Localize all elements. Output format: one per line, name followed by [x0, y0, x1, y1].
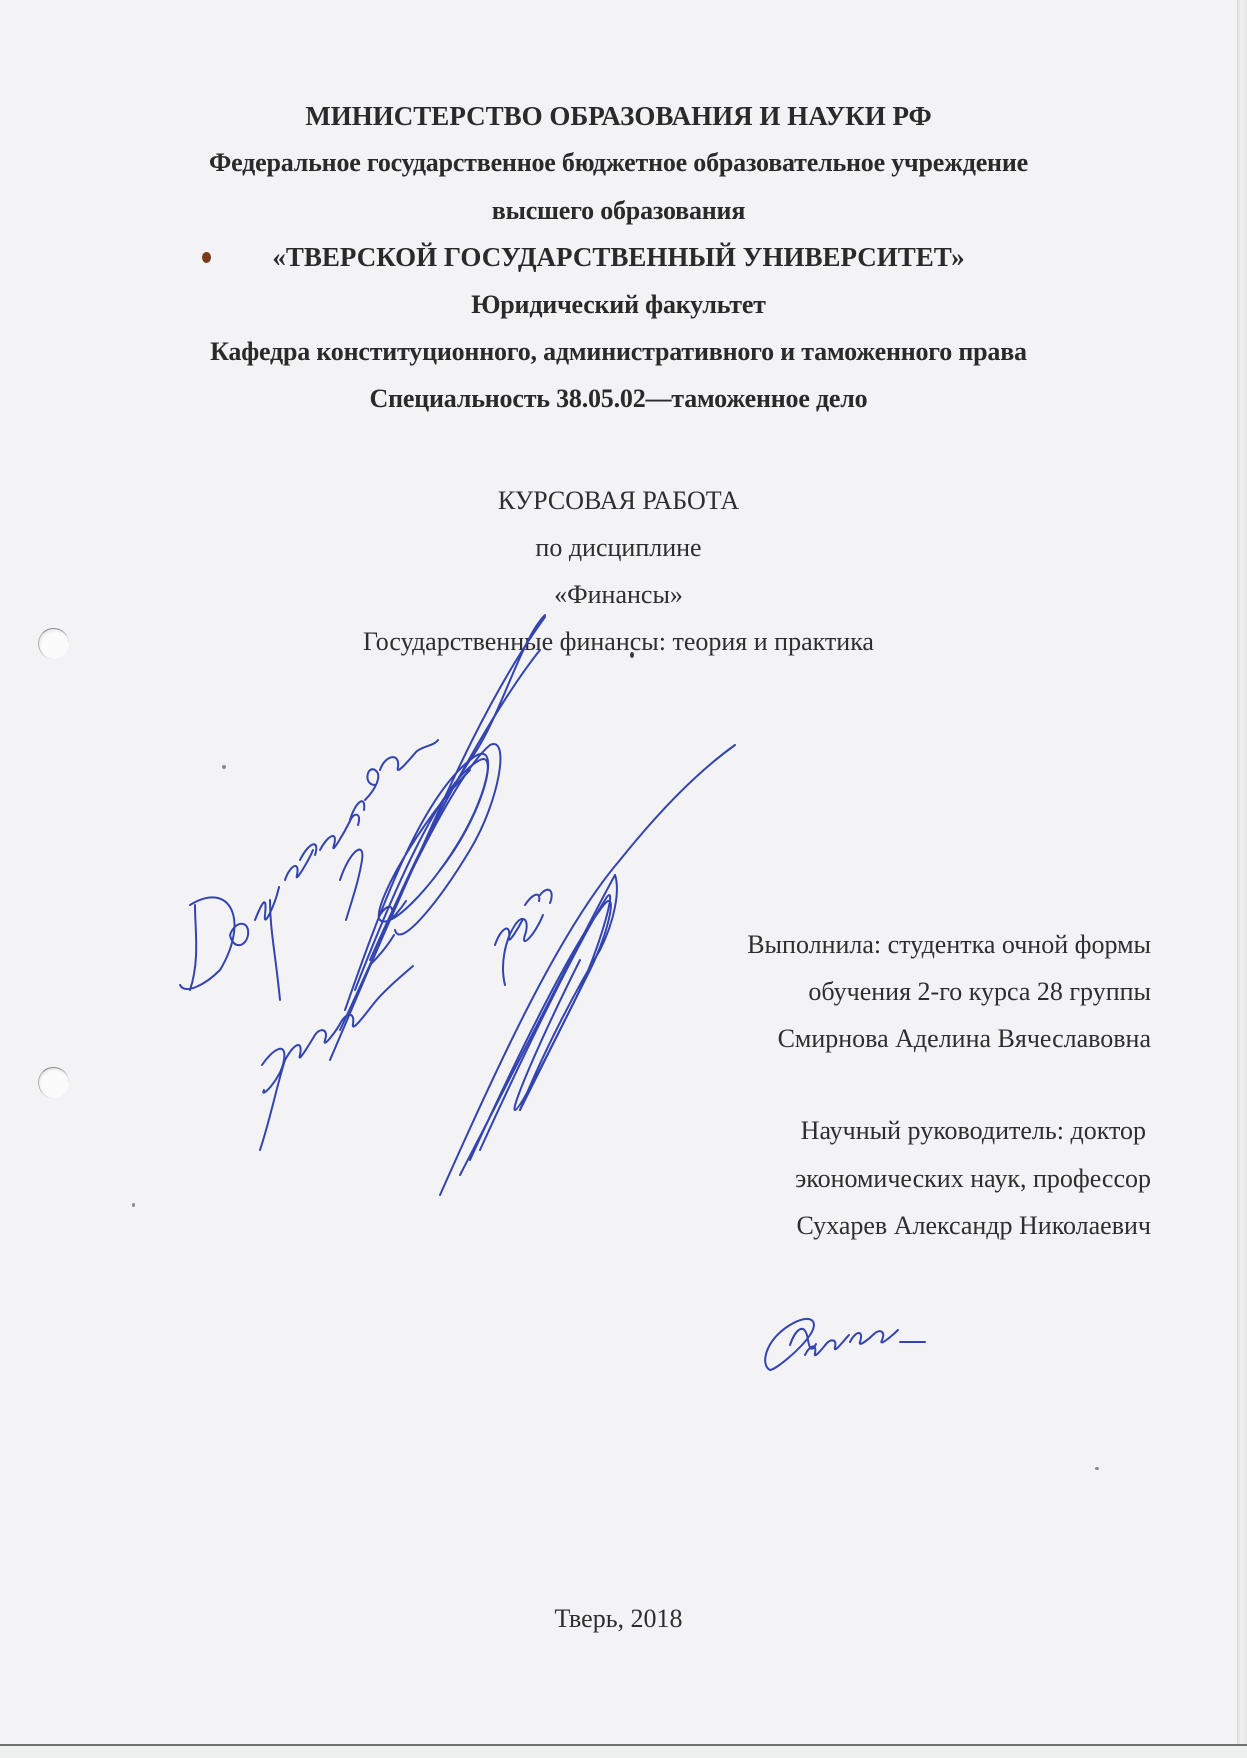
- scan-speck: [630, 652, 634, 658]
- punch-hole-top: [38, 628, 69, 659]
- page-edge-bottom: [0, 1744, 1247, 1758]
- work-type: КУРСОВАЯ РАБОТА: [0, 486, 1237, 516]
- city-year: Тверь, 2018: [0, 1604, 1237, 1634]
- ministry-heading: МИНИСТЕРСТВО ОБРАЗОВАНИЯ И НАУКИ РФ: [0, 101, 1237, 132]
- faculty-name: Юридический факультет: [0, 290, 1237, 320]
- supervisor-line-1: Научный руководитель: доктор: [801, 1116, 1146, 1146]
- supervisor-line-2: экономических наук, профессор: [795, 1164, 1151, 1194]
- scan-speck: [222, 765, 226, 769]
- scan-speck: [132, 1203, 135, 1207]
- institution-line-2: высшего образования: [0, 196, 1237, 226]
- specialty: Специальность 38.05.02—таможенное дело: [0, 384, 1237, 414]
- university-name: «ТВЕРСКОЙ ГОСУДАРСТВЕННЫЙ УНИВЕРСИТЕТ»: [0, 242, 1237, 273]
- document-page: МИНИСТЕРСТВО ОБРАЗОВАНИЯ И НАУКИ РФ Феде…: [0, 0, 1237, 1745]
- page-edge-right: [1237, 0, 1247, 1758]
- stain-mark: [202, 252, 211, 263]
- supervisor-name: Сухарев Александр Николаевич: [796, 1211, 1151, 1241]
- punch-hole-bottom: [38, 1067, 69, 1098]
- author-name: Смирнова Аделина Вячеславовна: [778, 1024, 1151, 1054]
- author-line-1: Выполнила: студентка очной формы: [747, 930, 1151, 960]
- work-topic: Государственные финансы: теория и практи…: [0, 627, 1237, 657]
- institution-line-1: Федеральное государственное бюджетное об…: [0, 148, 1237, 178]
- author-line-2: обучения 2-го курса 28 группы: [808, 977, 1151, 1007]
- scan-speck: [1095, 1467, 1099, 1470]
- discipline-label: по дисциплине: [0, 533, 1237, 563]
- department-name: Кафедра конституционного, административн…: [0, 337, 1237, 367]
- discipline-name: «Финансы»: [0, 580, 1237, 610]
